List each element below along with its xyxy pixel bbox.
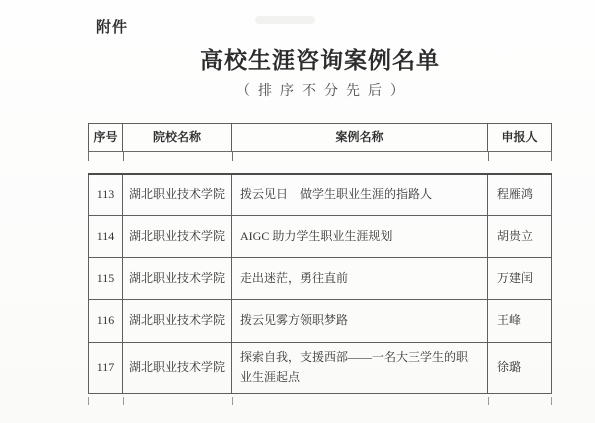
cell-applicant: 徐璐	[488, 343, 552, 393]
cases-table-body: 113 湖北职业技术学院 拨云见日 做学生职业生涯的指路人 程雁鸿 114 湖北…	[88, 173, 552, 394]
cell-case-title: 探索自我，支援西部——一名大三学生的职业生涯起点	[232, 343, 488, 393]
table-break-stub	[232, 397, 233, 405]
header-row: 序号 院校名称 案例名称 申报人	[88, 124, 552, 151]
cell-school: 湖北职业技术学院	[123, 343, 232, 393]
cell-applicant: 王峰	[488, 300, 552, 342]
scan-smudge	[255, 16, 315, 24]
page-title: 高校生涯咨询案例名单	[88, 42, 552, 75]
table-break-stub	[232, 152, 233, 161]
cell-applicant: 万建闰	[488, 258, 552, 299]
table-break-stub	[551, 397, 552, 405]
cell-school: 湖北职业技术学院	[123, 216, 232, 257]
cell-school: 湖北职业技术学院	[123, 300, 232, 342]
table-row: 116 湖北职业技术学院 拨云见雾方领职梦路 王峰	[88, 300, 552, 343]
cases-table-header: 序号 院校名称 案例名称 申报人	[88, 123, 552, 152]
table-break-stub	[123, 152, 124, 161]
table-break-stub	[123, 397, 124, 405]
cell-serial: 115	[88, 258, 123, 299]
table-break-stub	[488, 397, 489, 405]
attachment-label: 附件	[96, 16, 128, 37]
col-header-school: 院校名称	[123, 124, 232, 151]
cell-case-title: AIGC 助力学生职业生涯规划	[232, 216, 488, 257]
page-subtitle: （排序不分先后）	[88, 80, 552, 100]
table-break-stub	[88, 397, 89, 405]
table-break-stub	[88, 152, 89, 161]
table-row: 115 湖北职业技术学院 走出迷茫，勇往直前 万建闰	[88, 258, 552, 300]
col-header-serial: 序号	[88, 124, 123, 151]
cell-applicant: 胡贵立	[488, 216, 552, 257]
cell-school: 湖北职业技术学院	[123, 175, 232, 215]
cell-serial: 113	[88, 175, 123, 215]
cell-school: 湖北职业技术学院	[123, 258, 232, 299]
cell-case-title: 拨云见雾方领职梦路	[232, 300, 488, 342]
col-header-applicant: 申报人	[488, 124, 552, 151]
table-row: 113 湖北职业技术学院 拨云见日 做学生职业生涯的指路人 程雁鸿	[88, 175, 552, 216]
cell-serial: 116	[88, 300, 123, 342]
table-row: 114 湖北职业技术学院 AIGC 助力学生职业生涯规划 胡贵立	[88, 216, 552, 258]
cell-serial: 117	[88, 343, 123, 393]
cell-case-title: 走出迷茫，勇往直前	[232, 258, 488, 299]
cell-applicant: 程雁鸿	[488, 175, 552, 215]
table-break-stub	[551, 152, 552, 161]
cell-serial: 114	[88, 216, 123, 257]
scanned-document-page: 附件 高校生涯咨询案例名单 （排序不分先后） 序号 院校名称 案例名称 申报人 …	[0, 0, 595, 423]
table-row: 117 湖北职业技术学院 探索自我，支援西部——一名大三学生的职业生涯起点 徐璐	[88, 343, 552, 394]
cell-case-title: 拨云见日 做学生职业生涯的指路人	[232, 175, 488, 215]
col-header-case: 案例名称	[232, 124, 488, 151]
table-break-stub	[488, 152, 489, 161]
